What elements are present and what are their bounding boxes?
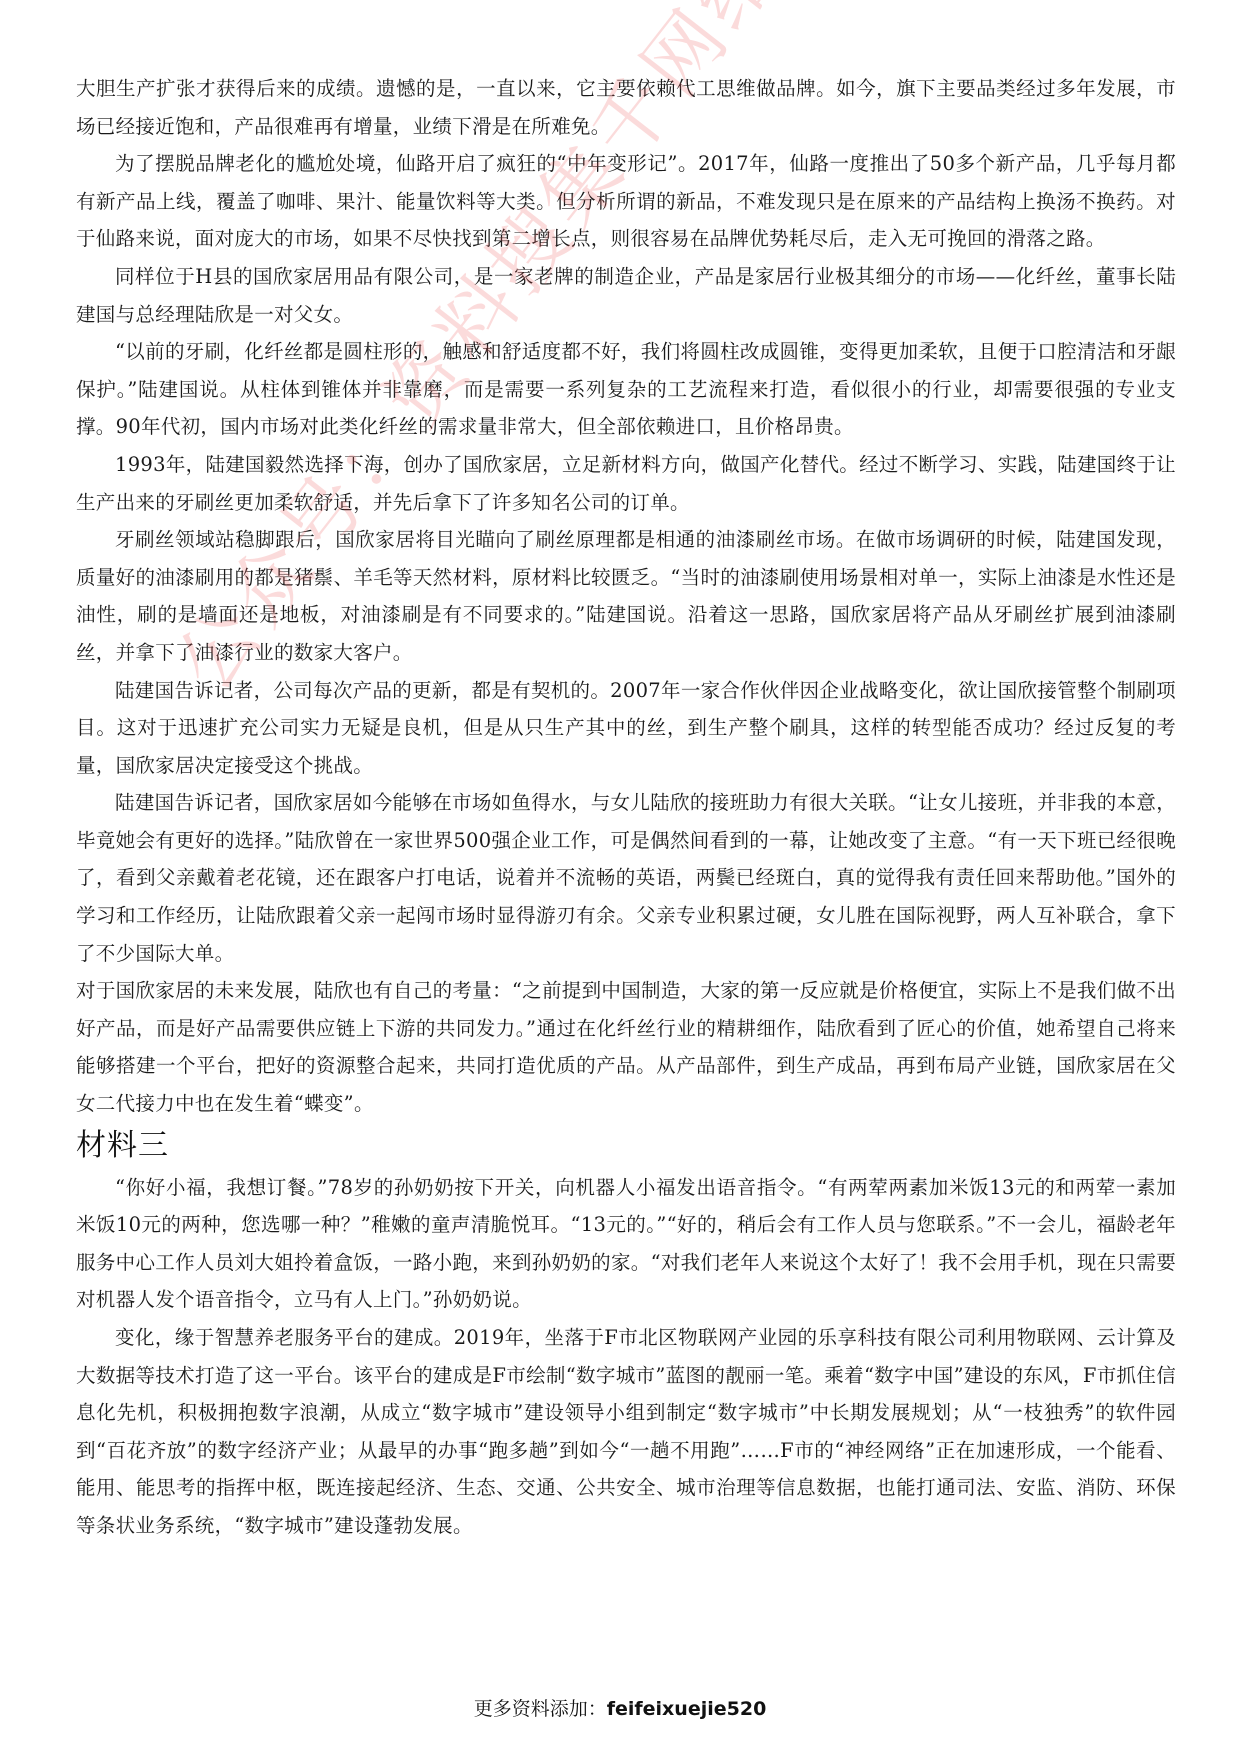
paragraph: 同样位于H县的国欣家居用品有限公司，是一家老牌的制造企业，产品是家居行业极其细分…	[76, 258, 1176, 333]
paragraph: 陆建国告诉记者，公司每次产品的更新，都是有契机的。2007年一家合作伙伴因企业战…	[76, 672, 1176, 785]
footer-label: 更多资料添加：	[474, 1698, 607, 1720]
footer-note: 更多资料添加：feifeixuejie520	[0, 1694, 1240, 1721]
document-page: 大胆生产扩张才获得后来的成绩。遗憾的是，一直以来，它主要依赖代工思维做品牌。如今…	[0, 0, 1240, 1754]
paragraph: 为了摆脱品牌老化的尴尬处境，仙路开启了疯狂的“中年变形记”。2017年，仙路一度…	[76, 145, 1176, 258]
footer-contact-handle: feifeixuejie520	[607, 1698, 767, 1720]
paragraph: “你好小福，我想订餐。”78岁的孙奶奶按下开关，向机器人小福发出语音指令。“有两…	[76, 1169, 1176, 1319]
paragraph: 对于国欣家居的未来发展，陆欣也有自己的考量：“之前提到中国制造，大家的第一反应就…	[76, 972, 1176, 1122]
document-body: 大胆生产扩张才获得后来的成绩。遗憾的是，一直以来，它主要依赖代工思维做品牌。如今…	[76, 70, 1176, 1545]
paragraph: 1993年，陆建国毅然选择下海，创办了国欣家居，立足新材料方向，做国产化替代。经…	[76, 446, 1176, 521]
paragraph: 牙刷丝领域站稳脚跟后，国欣家居将目光瞄向了刷丝原理都是相通的油漆刷丝市场。在做市…	[76, 521, 1176, 671]
paragraph: 陆建国告诉记者，国欣家居如今能够在市场如鱼得水，与女儿陆欣的接班助力有很大关联。…	[76, 784, 1176, 972]
section-heading: 材料三	[76, 1123, 1176, 1169]
paragraph: “以前的牙刷，化纤丝都是圆柱形的，触感和舒适度都不好，我们将圆柱改成圆锥，变得更…	[76, 333, 1176, 446]
paragraph: 变化，缘于智慧养老服务平台的建成。2019年，坐落于F市北区物联网产业园的乐享科…	[76, 1319, 1176, 1545]
paragraph: 大胆生产扩张才获得后来的成绩。遗憾的是，一直以来，它主要依赖代工思维做品牌。如今…	[76, 70, 1176, 145]
